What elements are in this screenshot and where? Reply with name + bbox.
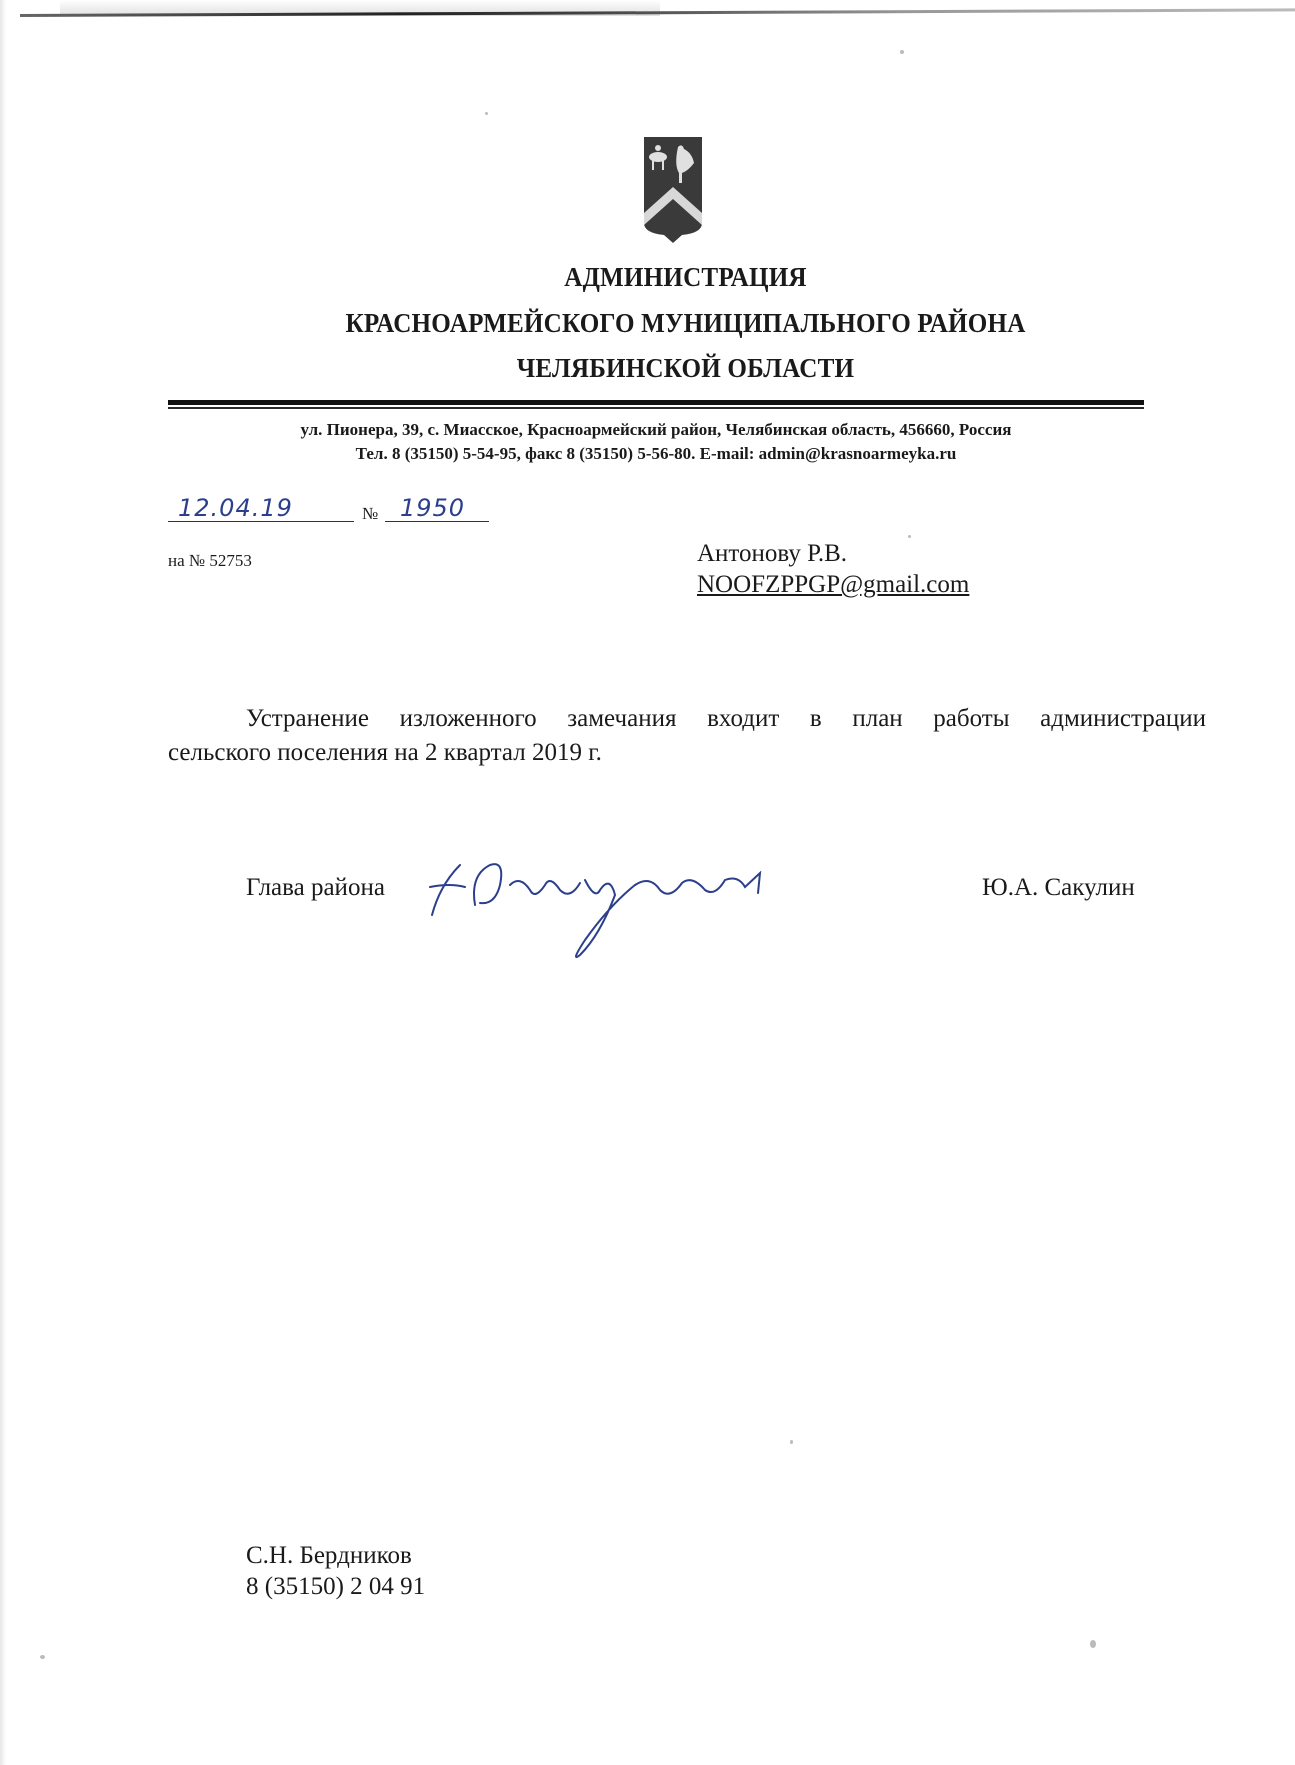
letterhead-divider-thick bbox=[168, 400, 1144, 405]
scan-speck bbox=[790, 1440, 793, 1444]
recipient-name: Антонову Р.В. bbox=[697, 538, 969, 569]
scan-edge-left bbox=[0, 0, 6, 1765]
body-line-2: сельского поселения на 2 квартал 2019 г. bbox=[168, 736, 1206, 770]
letterhead-contacts: Тел. 8 (35150) 5-54-95, факс 8 (35150) 5… bbox=[168, 444, 1144, 464]
executor-block: С.Н. Бердников 8 (35150) 2 04 91 bbox=[246, 1540, 425, 1602]
handwritten-number: 1950 bbox=[400, 494, 465, 522]
reply-reference: на № 52753 bbox=[168, 551, 252, 571]
recipient-block: Антонову Р.В. NOOFZPPGP@gmail.com bbox=[697, 538, 969, 600]
scan-speck bbox=[40, 1655, 45, 1659]
number-sign: № bbox=[362, 504, 378, 524]
handwritten-date: 12.04.19 bbox=[178, 494, 293, 522]
scan-speck bbox=[908, 535, 911, 538]
letterhead-address: ул. Пионера, 39, с. Миасское, Красноарме… bbox=[168, 420, 1144, 440]
signatory-name: Ю.А. Сакулин bbox=[982, 874, 1135, 902]
letterhead-divider-thin bbox=[168, 407, 1144, 409]
scan-speck bbox=[1090, 1640, 1096, 1648]
scan-speck bbox=[900, 50, 904, 54]
executor-name: С.Н. Бердников bbox=[246, 1540, 425, 1571]
letter-body: Устранение изложенного замечания входит … bbox=[246, 702, 1206, 770]
letterhead-title-line1: АДМИНИСТРАЦИЯ bbox=[83, 262, 1287, 293]
executor-phone: 8 (35150) 2 04 91 bbox=[246, 1571, 425, 1602]
signatory-position: Глава района bbox=[246, 874, 385, 902]
handwritten-signature bbox=[420, 845, 860, 965]
scan-speck bbox=[485, 112, 488, 115]
letterhead-title-line2: КРАСНОАРМЕЙСКОГО МУНИЦИПАЛЬНОГО РАЙОНА bbox=[83, 308, 1287, 339]
body-line-1: Устранение изложенного замечания входит … bbox=[246, 702, 1206, 736]
coat-of-arms-icon bbox=[642, 135, 704, 245]
letterhead-title-line3: ЧЕЛЯБИНСКОЙ ОБЛАСТИ bbox=[83, 353, 1287, 384]
recipient-email: NOOFZPPGP@gmail.com bbox=[697, 569, 969, 600]
